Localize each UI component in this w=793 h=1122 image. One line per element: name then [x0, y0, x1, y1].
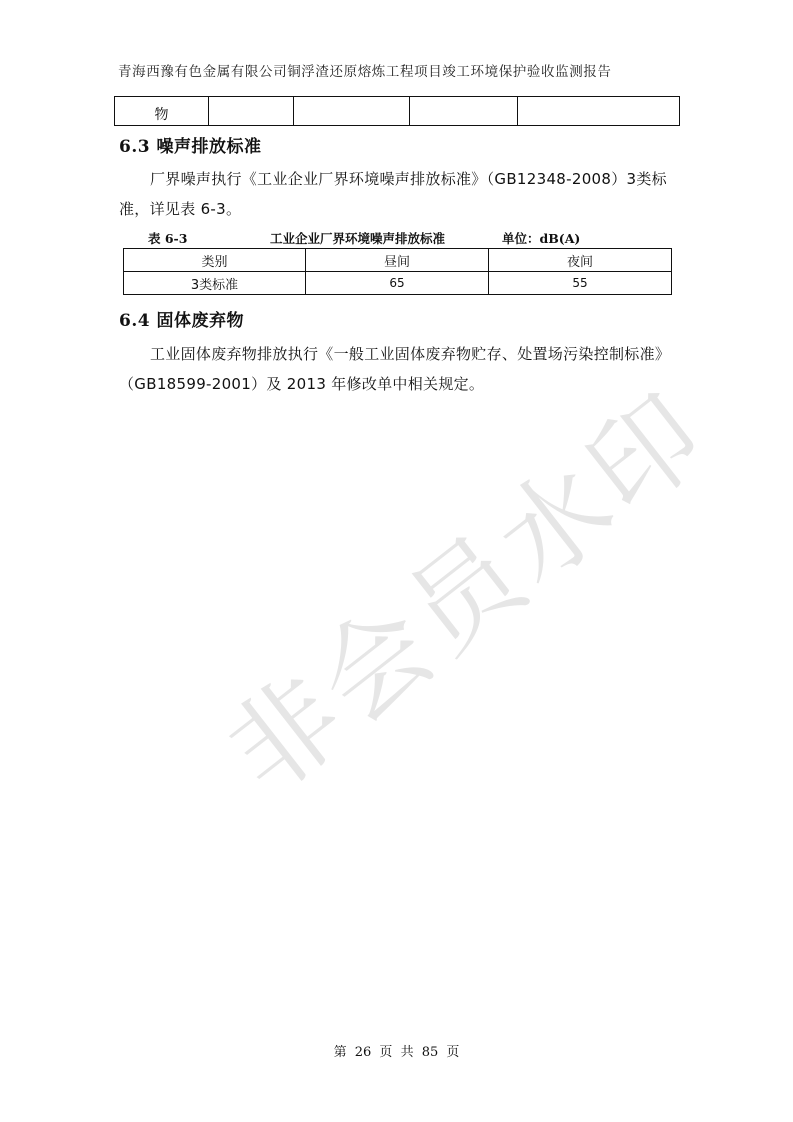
- table-row: 物: [115, 97, 680, 126]
- column-header: 昼间: [306, 249, 489, 272]
- noise-standard-table: 类别 昼间 夜间 3类标准 65 55: [123, 248, 672, 295]
- column-header: 夜间: [489, 249, 672, 272]
- paragraph-6-3-line1: 厂界噪声执行《工业企业厂界环境噪声排放标准》（GB12348-2008）3类标: [150, 168, 667, 189]
- continued-table-fragment: 物: [114, 96, 680, 126]
- table-caption-title: 工业企业厂界环境噪声排放标准: [270, 229, 445, 247]
- paragraph-6-4-line1: 工业固体废弃物排放执行《一般工业固体废弃物贮存、处置场污染控制标准》: [150, 343, 670, 364]
- table-cell: [410, 97, 518, 126]
- table-header-row: 类别 昼间 夜间: [124, 249, 672, 272]
- page-number-footer: 第 26 页 共 85 页: [0, 1041, 793, 1060]
- table-caption-unit: 单位：dB(A): [502, 229, 580, 247]
- section-heading-6-4: 6.4 固体废弃物: [119, 306, 244, 331]
- table-cell: 物: [115, 97, 209, 126]
- paragraph-6-3-line2: 准，详见表 6-3。: [119, 198, 241, 219]
- section-heading-6-3: 6.3 噪声排放标准: [119, 132, 262, 157]
- table-cell: 3类标准: [124, 272, 306, 295]
- table-cell: 55: [489, 272, 672, 295]
- paragraph-6-4-line2: （GB18599-2001）及 2013 年修改单中相关规定。: [119, 373, 484, 394]
- table-cell: [209, 97, 294, 126]
- document-header: 青海西豫有色金属有限公司铜浮渣还原熔炼工程项目竣工环境保护验收监测报告: [118, 60, 678, 80]
- column-header: 类别: [124, 249, 306, 272]
- table-row: 3类标准 65 55: [124, 272, 672, 295]
- table-cell: [294, 97, 410, 126]
- watermark: 非会员水印: [190, 349, 735, 822]
- table-cell: [518, 97, 680, 126]
- table-cell: 65: [306, 272, 489, 295]
- table-caption-number: 表 6-3: [148, 229, 187, 247]
